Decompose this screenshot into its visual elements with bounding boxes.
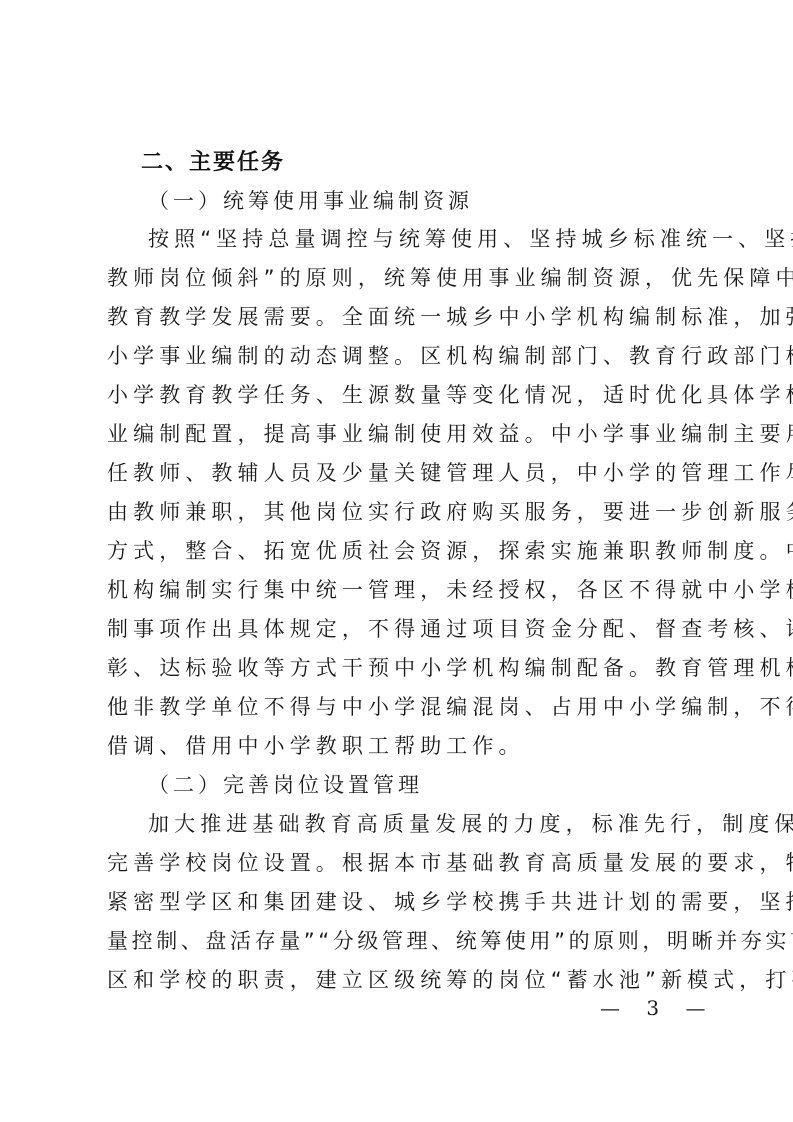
paragraph-line: 彰、达标验收等方式干预中小学机构编制配备。教育管理机构及其 — [107, 649, 687, 687]
paragraph-line: 由教师兼职，其他岗位实行政府购买服务，要进一步创新服务供给 — [107, 493, 687, 531]
paragraph-line: 制事项作出具体规定，不得通过项目资金分配、督查考核、评比表 — [107, 610, 687, 648]
paragraph-line: 加大推进基础教育高质量发展的力度，标准先行，制度保障， — [148, 805, 688, 843]
paragraph-line: 任教师、教辅人员及少量关键管理人员，中小学的管理工作尽可能 — [107, 454, 687, 492]
paragraph-line: 紧密型学区和集团建设、城乡学校携手共进计划的需要，坚持“总 — [107, 883, 687, 921]
paragraph-line: 他非教学单位不得与中小学混编混岗、占用中小学编制，不得长期 — [107, 688, 687, 726]
paragraph-line: 教师岗位倾斜”的原则，统筹使用事业编制资源，优先保障中小学 — [107, 259, 687, 297]
paragraph-line: 小学事业编制的动态调整。区机构编制部门、教育行政部门根据中 — [107, 337, 687, 375]
paragraph-line: 业编制配置，提高事业编制使用效益。中小学事业编制主要用于专 — [107, 415, 687, 453]
paragraph-line: 教育教学发展需要。全面统一城乡中小学机构编制标准，加强对中 — [107, 298, 687, 336]
subsection-title-1: （一）统筹使用事业编制资源 — [148, 182, 728, 220]
paragraph-line: 方式，整合、拓宽优质社会资源，探索实施兼职教师制度。中小学 — [107, 532, 687, 570]
paragraph-line: 按照“坚持总量调控与统筹使用、坚持城乡标准统一、坚持向 — [148, 220, 688, 258]
subsection-title-2: （二）完善岗位设置管理 — [148, 766, 728, 804]
paragraph-line: 完善学校岗位设置。根据本市基础教育高质量发展的要求，特别是 — [107, 844, 687, 882]
document-page: 二、主要任务 （一）统筹使用事业编制资源 按照“坚持总量调控与统筹使用、坚持城乡… — [0, 0, 793, 1122]
page-number: — 3 — — [600, 996, 715, 1020]
paragraph-line: 量控制、盘活存量”“分级管理、统筹使用”的原则，明晰并夯实市、 — [107, 922, 687, 960]
paragraph-line: 区和学校的职责，建立区级统筹的岗位“蓄水池”新模式，打破岗 — [107, 961, 687, 999]
paragraph-line: 机构编制实行集中统一管理，未经授权，各区不得就中小学机构编 — [107, 571, 687, 609]
section-heading: 二、主要任务 — [141, 144, 721, 182]
paragraph-line: 小学教育教学任务、生源数量等变化情况，适时优化具体学校间事 — [107, 376, 687, 414]
paragraph-line: 借调、借用中小学教职工帮助工作。 — [107, 727, 687, 765]
